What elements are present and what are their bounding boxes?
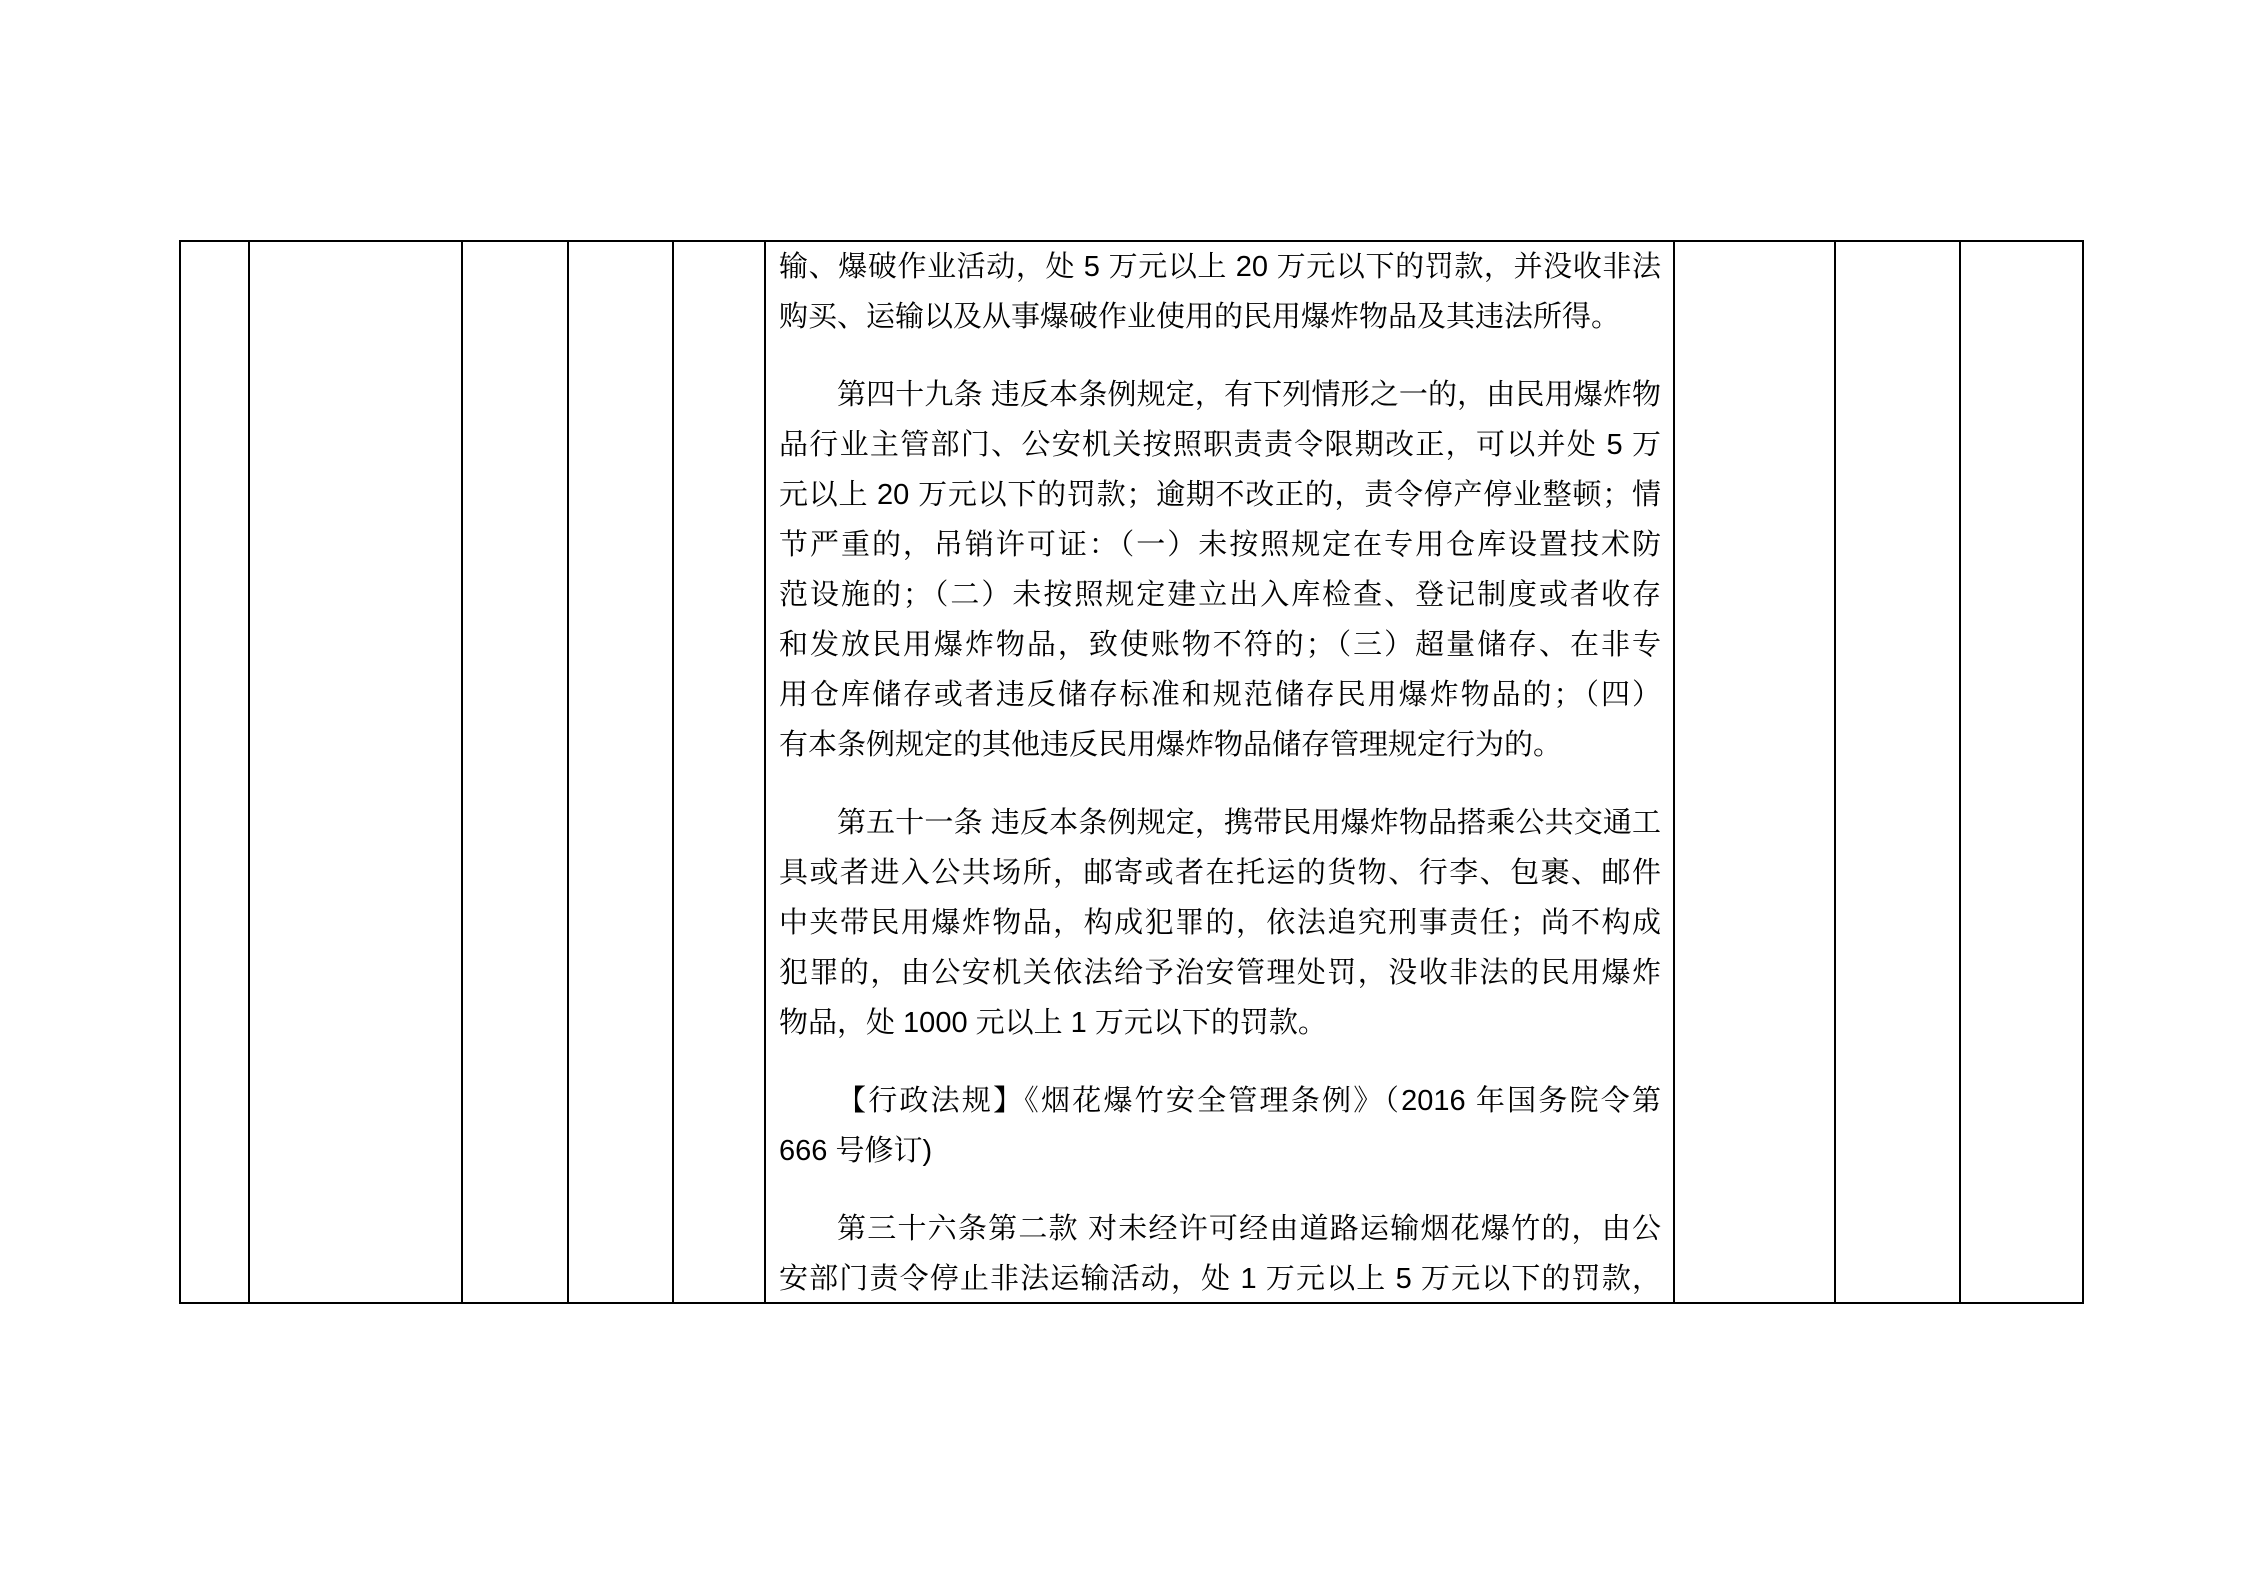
empty-cell-6	[1675, 242, 1836, 1302]
paragraph: 第四十九条 违反本条例规定，有下列情形之一的，由民用爆炸物品行业主管部门、公安机…	[779, 370, 1661, 770]
text-line: 666 号修订)	[779, 1126, 1661, 1176]
empty-cell-4	[569, 242, 674, 1302]
empty-cell-3	[463, 242, 569, 1302]
paragraph: 第三十六条第二款 对未经许可经由道路运输烟花爆竹的，由公安部门责令停止非法运输活…	[779, 1204, 1661, 1302]
text-line: 有本条例规定的其他违反民用爆炸物品储存管理规定行为的。	[779, 720, 1661, 770]
empty-cell-2	[250, 242, 463, 1302]
text-line: 具或者进入公共场所，邮寄或者在托运的货物、行李、包裹、邮件	[779, 848, 1661, 898]
legal-table: 输、爆破作业活动，处 5 万元以上 20 万元以下的罚款，并没收非法购买、运输以…	[179, 240, 2084, 1304]
text-line: 用仓库储存或者违反储存标准和规范储存民用爆炸物品的；（四）	[779, 670, 1661, 720]
text-line: 犯罪的，由公安机关依法给予治安管理处罚，没收非法的民用爆炸	[779, 948, 1661, 998]
text-line: 和发放民用爆炸物品，致使账物不符的；（三）超量储存、在非专	[779, 620, 1661, 670]
empty-cell-8	[1961, 242, 2082, 1302]
paragraph: 第五十一条 违反本条例规定，携带民用爆炸物品搭乘公共交通工具或者进入公共场所，邮…	[779, 798, 1661, 1048]
empty-cell-1	[181, 242, 250, 1302]
paragraph: 输、爆破作业活动，处 5 万元以上 20 万元以下的罚款，并没收非法购买、运输以…	[779, 242, 1661, 342]
text-line: 第五十一条 违反本条例规定，携带民用爆炸物品搭乘公共交通工	[779, 798, 1661, 848]
empty-cell-5	[674, 242, 766, 1302]
text-line: 【行政法规】《烟花爆竹安全管理条例》（2016 年国务院令第	[779, 1076, 1661, 1126]
text-line: 第四十九条 违反本条例规定，有下列情形之一的，由民用爆炸物	[779, 370, 1661, 420]
legal-text-cell: 输、爆破作业活动，处 5 万元以上 20 万元以下的罚款，并没收非法购买、运输以…	[766, 242, 1675, 1302]
text-line: 品行业主管部门、公安机关按照职责责令限期改正，可以并处 5 万	[779, 420, 1661, 470]
text-line: 元以上 20 万元以下的罚款；逾期不改正的，责令停产停业整顿；情	[779, 470, 1661, 520]
text-line: 安部门责令停止非法运输活动，处 1 万元以上 5 万元以下的罚款，	[779, 1254, 1661, 1302]
document-page: 输、爆破作业活动，处 5 万元以上 20 万元以下的罚款，并没收非法购买、运输以…	[0, 0, 2245, 1587]
text-line: 输、爆破作业活动，处 5 万元以上 20 万元以下的罚款，并没收非法	[779, 242, 1661, 292]
text-line: 节严重的，吊销许可证：（一）未按照规定在专用仓库设置技术防	[779, 520, 1661, 570]
text-line: 范设施的；（二）未按照规定建立出入库检查、登记制度或者收存	[779, 570, 1661, 620]
text-line: 第三十六条第二款 对未经许可经由道路运输烟花爆竹的，由公	[779, 1204, 1661, 1254]
text-line: 购买、运输以及从事爆破作业使用的民用爆炸物品及其违法所得。	[779, 292, 1661, 342]
paragraph: 【行政法规】《烟花爆竹安全管理条例》（2016 年国务院令第666 号修订)	[779, 1076, 1661, 1176]
empty-cell-7	[1836, 242, 1961, 1302]
text-line: 中夹带民用爆炸物品，构成犯罪的，依法追究刑事责任；尚不构成	[779, 898, 1661, 948]
text-line: 物品，处 1000 元以上 1 万元以下的罚款。	[779, 998, 1661, 1048]
